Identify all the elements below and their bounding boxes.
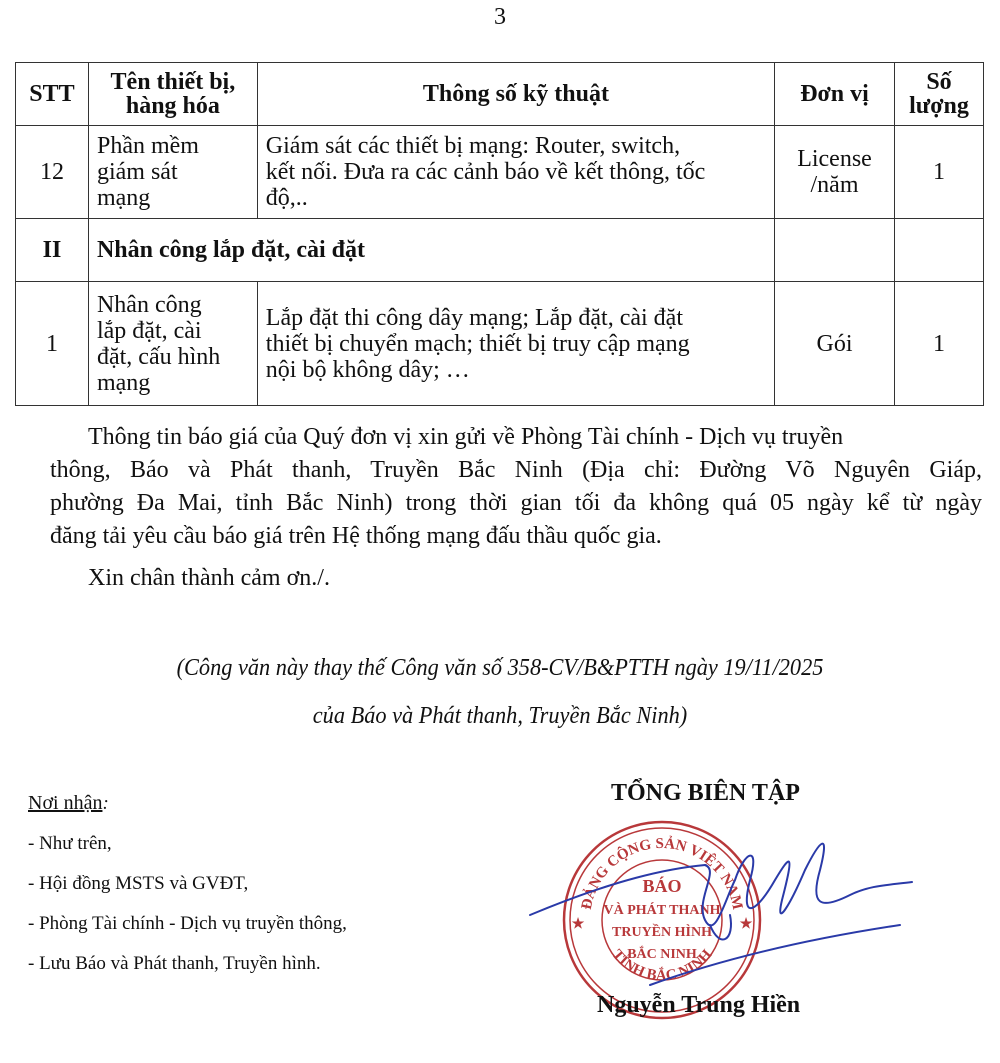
recipient-item: - Lưu Báo và Phát thanh, Truyền hình.	[28, 944, 347, 984]
recipients-heading: Nơi nhận:	[28, 783, 347, 824]
section-number: II	[16, 219, 89, 282]
equipment-spec-table: STT Tên thiết bị,hàng hóa Thông số kỹ th…	[15, 62, 984, 406]
table-row: 12 Phần mềmgiám sátmạng Giám sát các thi…	[16, 126, 984, 219]
section-title: Nhân công lắp đặt, cài đặt	[88, 219, 774, 282]
recipients-block: Nơi nhận: - Như trên, - Hội đồng MSTS và…	[28, 783, 347, 984]
signer-position: TỔNG BIÊN TẬP	[611, 780, 800, 807]
stamp-outer-top-text: ĐẢNG CỘNG SẢN VIỆT NAM	[579, 835, 746, 911]
cell-unit-empty	[775, 219, 895, 282]
replacement-note-line2: của Báo và Phát thanh, Truyền Bắc Ninh)	[35, 703, 965, 730]
table-header-row: STT Tên thiết bị,hàng hóa Thông số kỹ th…	[16, 63, 984, 126]
body-paragraph-line: Thông tin báo giá của Quý đơn vị xin gửi…	[88, 421, 982, 454]
page-number: 3	[0, 4, 1000, 31]
header-spec: Thông số kỹ thuật	[257, 63, 774, 126]
star-icon: ★	[740, 916, 753, 932]
cell-stt: 12	[16, 126, 89, 219]
recipient-item: - Phòng Tài chính - Dịch vụ truyền thông…	[28, 904, 347, 944]
cell-qty-empty	[894, 219, 983, 282]
header-stt: STT	[16, 63, 89, 126]
body-paragraph-line: phường Đa Mai, tỉnh Bắc Ninh) trong thời…	[50, 487, 982, 520]
cell-name: Nhân cônglắp đặt, càiđặt, cấu hìnhmạng	[88, 282, 257, 406]
recipient-item: - Như trên,	[28, 824, 347, 864]
cell-qty: 1	[894, 282, 983, 406]
body-paragraph-line: đăng tải yêu cầu báo giá trên Hệ thống m…	[50, 520, 982, 553]
body-paragraph-line: thông, Báo và Phát thanh, Truyền Bắc Nin…	[50, 454, 982, 487]
header-name: Tên thiết bị,hàng hóa	[88, 63, 257, 126]
header-qty: Sốlượng	[894, 63, 983, 126]
cell-unit: Gói	[775, 282, 895, 406]
table-row: 1 Nhân cônglắp đặt, càiđặt, cấu hìnhmạng…	[16, 282, 984, 406]
cell-stt: 1	[16, 282, 89, 406]
svg-text:ĐẢNG CỘNG SẢN VIỆT NAM: ĐẢNG CỘNG SẢN VIỆT NAM	[579, 835, 746, 911]
cell-unit: License/năm	[775, 126, 895, 219]
stamp-inner-line: BÁO	[642, 875, 681, 896]
closing-thanks: Xin chân thành cảm ơn./.	[88, 565, 330, 592]
section-row: II Nhân công lắp đặt, cài đặt	[16, 219, 984, 282]
star-icon: ★	[572, 916, 585, 932]
stamp-inner-line: BẮC NINH	[627, 945, 697, 962]
replacement-note-line1: (Công văn này thay thế Công văn số 358-C…	[35, 655, 965, 682]
recipient-item: - Hội đồng MSTS và GVĐT,	[28, 864, 347, 904]
stamp-inner-line: TRUYỀN HÌNH	[612, 923, 712, 940]
cell-spec: Lắp đặt thi công dây mạng; Lắp đặt, cài …	[257, 282, 774, 406]
signer-name: Nguyễn Trung Hiền	[597, 992, 800, 1019]
cell-qty: 1	[894, 126, 983, 219]
cell-spec: Giám sát các thiết bị mạng: Router, swit…	[257, 126, 774, 219]
header-unit: Đơn vị	[775, 63, 895, 126]
cell-name: Phần mềmgiám sátmạng	[88, 126, 257, 219]
